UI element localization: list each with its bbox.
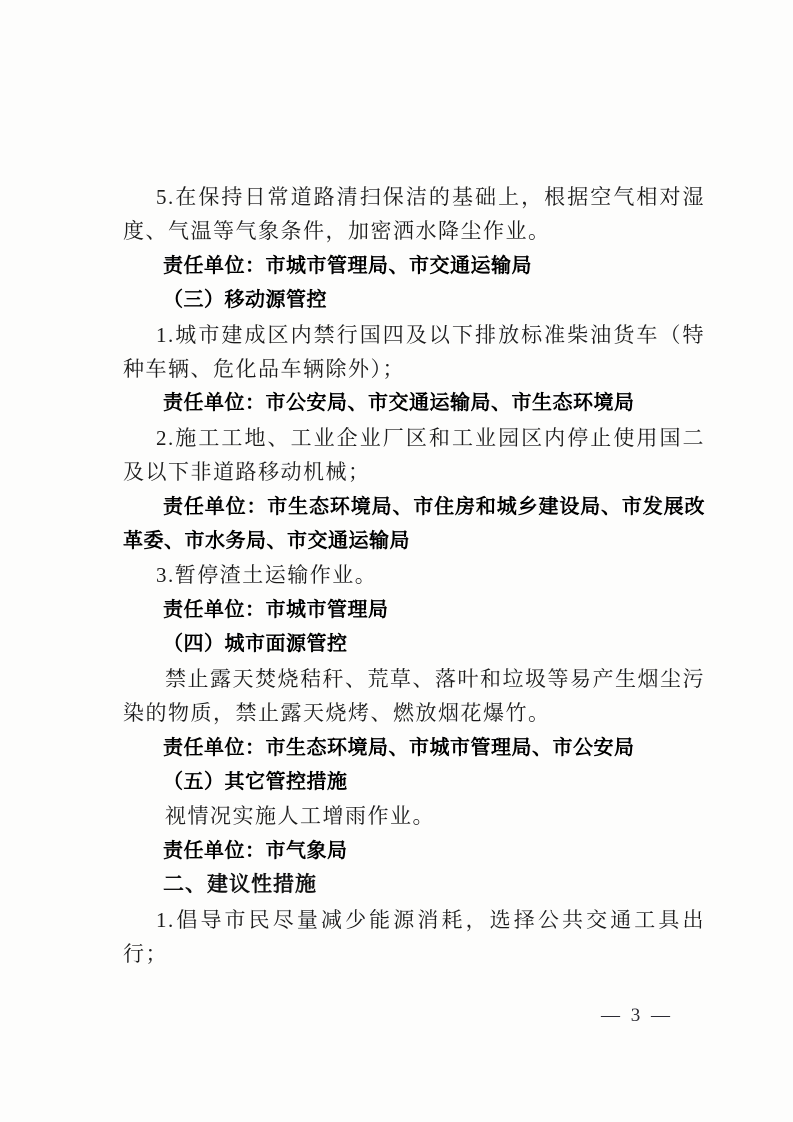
responsibility-line: 责任单位：市城市管理局: [123, 593, 705, 627]
body-paragraph: 1.倡导市民尽量减少能源消耗，选择公共交通工具出行；: [123, 903, 705, 972]
major-heading: 二、建议性措施: [123, 868, 705, 902]
document-body: 5.在保持日常道路清扫保洁的基础上，根据空气相对湿度、气温等气象条件，加密洒水降…: [123, 180, 705, 971]
section-heading: （三）移动源管控: [123, 283, 705, 317]
body-paragraph: 1.城市建成区内禁行国四及以下排放标准柴油货车（特种车辆、危化品车辆除外）；: [123, 318, 705, 387]
responsibility-line: 责任单位：市城市管理局、市交通运输局: [123, 249, 705, 283]
body-paragraph: 视情况实施人工增雨作业。: [123, 799, 705, 833]
body-paragraph: 5.在保持日常道路清扫保洁的基础上，根据空气相对湿度、气温等气象条件，加密洒水降…: [123, 180, 705, 249]
document-page: 5.在保持日常道路清扫保洁的基础上，根据空气相对湿度、气温等气象条件，加密洒水降…: [0, 0, 793, 1122]
responsibility-line: 责任单位：市气象局: [123, 834, 705, 868]
responsibility-line: 责任单位：市公安局、市交通运输局、市生态环境局: [123, 386, 705, 420]
section-heading: （四）城市面源管控: [123, 627, 705, 661]
section-heading: （五）其它管控措施: [123, 765, 705, 799]
body-paragraph: 2.施工工地、工业企业厂区和工业园区内停止使用国二及以下非道路移动机械；: [123, 421, 705, 490]
body-paragraph: 3.暂停渣土运输作业。: [123, 558, 705, 592]
page-number: — 3 —: [601, 1005, 673, 1026]
page-footer: — 3 —: [601, 1003, 673, 1029]
body-paragraph: 禁止露天焚烧秸秆、荒草、落叶和垃圾等易产生烟尘污染的物质，禁止露天烧烤、燃放烟花…: [123, 662, 705, 731]
responsibility-line: 责任单位：市生态环境局、市城市管理局、市公安局: [123, 731, 705, 765]
responsibility-line: 责任单位：市生态环境局、市住房和城乡建设局、市发展改革委、市水务局、市交通运输局: [123, 490, 705, 559]
